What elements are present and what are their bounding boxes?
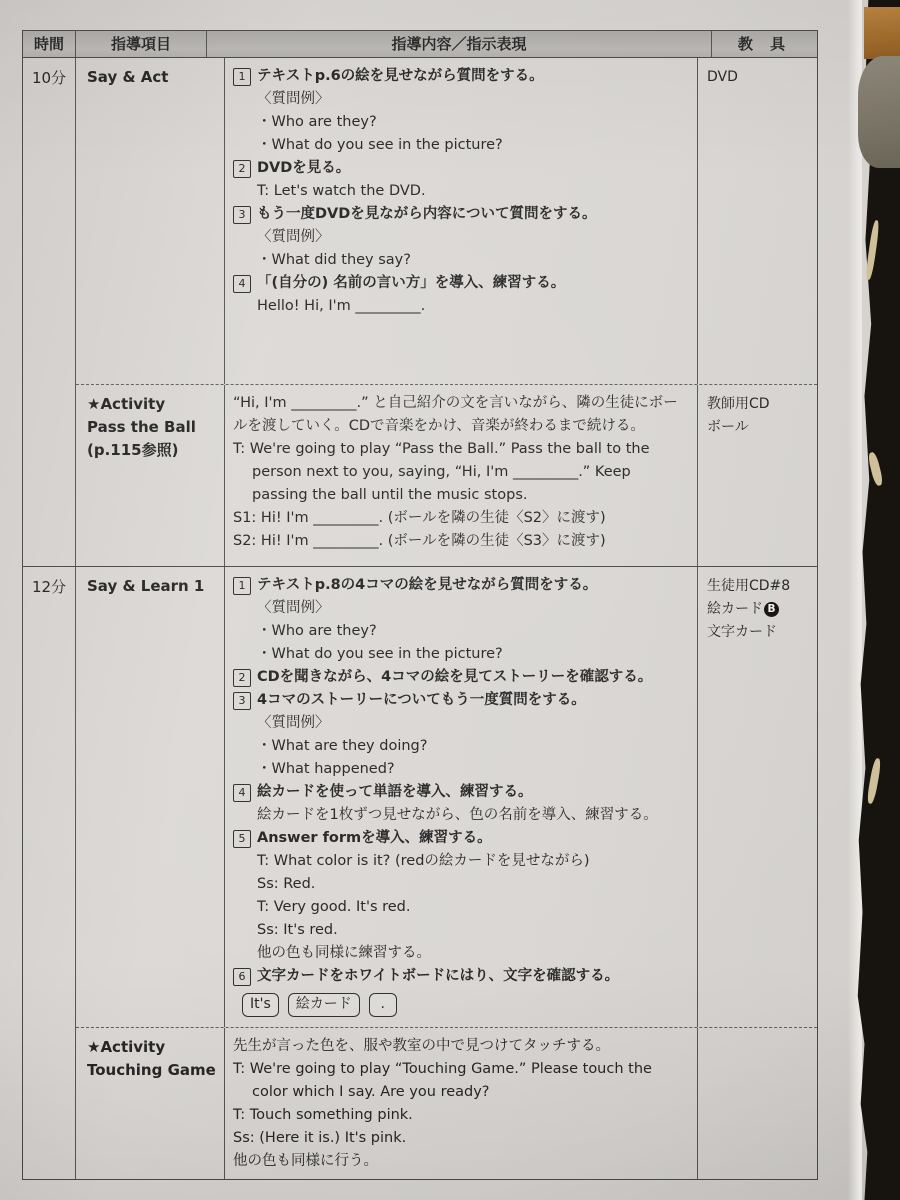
content-line: T: We're going to play “Pass the Ball.” … [233, 438, 687, 507]
content-line: 〈質問例〉 [233, 712, 687, 735]
content-line: ・Who are they? [233, 111, 687, 134]
content-line: ・What are they doing? [233, 735, 687, 758]
tool-item: 生徒用CD#8 [707, 575, 813, 598]
photographed-page: 時間 指導項目 指導内容／指示表現 教 具 10分Say & Act1テキストp… [0, 0, 900, 1200]
header-time: 時間 [23, 31, 75, 57]
content-line: 6文字カードをホワイトボードにはり、文字を確認する。 [233, 965, 687, 988]
step-number-box: 4 [233, 784, 251, 802]
table-row: 10分Say & Act1テキストp.6の絵を見せながら質問をする。〈質問例〉・… [23, 58, 817, 566]
word-card: 絵カード [288, 993, 360, 1017]
content-line: 他の色も同様に練習する。 [233, 942, 687, 965]
teaching-tools-cell: 生徒用CD#8絵カードB文字カード [698, 567, 817, 1027]
tool-item: 絵カードB [707, 598, 813, 621]
row-section: ★ActivityTouching Game先生が言った色を、服や教室の中で見つ… [76, 1027, 817, 1179]
teaching-item-label: ★Activity [87, 393, 218, 416]
content-line: Ss: (Here it is.) It's pink. [233, 1127, 687, 1150]
content-line: T: Touch something pink. [233, 1104, 687, 1127]
content-line: 他の色も同様に行う。 [233, 1150, 687, 1173]
teaching-item-label: Say & Act [87, 66, 218, 89]
step-text: DVDを見る。 [257, 157, 350, 180]
teaching-item-cell: Say & Act [76, 58, 224, 384]
step-number-box: 1 [233, 68, 251, 86]
circled-b-badge: B [764, 602, 779, 617]
teaching-item-label: ★Activity [87, 1036, 218, 1059]
row-section: Say & Learn 11テキストp.8の4コマの絵を見せながら質問をする。〈… [76, 567, 817, 1027]
step-number-box: 6 [233, 968, 251, 986]
teaching-content-cell: 1テキストp.6の絵を見せながら質問をする。〈質問例〉・Who are they… [224, 58, 698, 384]
content-line: 5Answer formを導入、練習する。 [233, 827, 687, 850]
teaching-item-cell: Say & Learn 1 [76, 567, 224, 1027]
content-line: Ss: Red. [233, 873, 687, 896]
step-text: テキストp.6の絵を見せながら質問をする。 [257, 65, 544, 88]
content-line: 1テキストp.8の4コマの絵を見せながら質問をする。 [233, 574, 687, 597]
content-line: S2: Hi! I'm _________. (ボールを隣の生徒〈S3〉に渡す) [233, 530, 687, 553]
content-line: T: Very good. It's red. [233, 896, 687, 919]
gray-object-fragment [858, 56, 900, 168]
step-number-box: 2 [233, 160, 251, 178]
step-text: Answer formを導入、練習する。 [257, 827, 492, 850]
row-body: Say & Act1テキストp.6の絵を見せながら質問をする。〈質問例〉・Who… [75, 58, 817, 566]
content-line: 〈質問例〉 [233, 226, 687, 249]
content-line: 4「(自分の) 名前の言い方」を導入、練習する。 [233, 272, 687, 295]
content-line: ・What happened? [233, 758, 687, 781]
word-card: It's [242, 993, 279, 1017]
step-text: 「(自分の) 名前の言い方」を導入、練習する。 [257, 272, 565, 295]
step-text: もう一度DVDを見ながら内容について質問をする。 [257, 203, 597, 226]
step-text: テキストp.8の4コマの絵を見せながら質問をする。 [257, 574, 597, 597]
row-section: Say & Act1テキストp.6の絵を見せながら質問をする。〈質問例〉・Who… [76, 58, 817, 384]
teaching-content-cell: 先生が言った色を、服や教室の中で見つけてタッチする。T: We're going… [224, 1028, 698, 1179]
content-line: 〈質問例〉 [233, 597, 687, 620]
content-line: 絵カードを1枚ずつ見せながら、色の名前を導入、練習する。 [233, 804, 687, 827]
content-line: 先生が言った色を、服や教室の中で見つけてタッチする。 [233, 1035, 687, 1058]
wood-surface-fragment [864, 7, 900, 59]
step-number-box: 5 [233, 830, 251, 848]
step-number-box: 4 [233, 275, 251, 293]
time-cell: 12分 [23, 567, 75, 1179]
step-number-box: 3 [233, 206, 251, 224]
header-tools: 教 具 [711, 31, 817, 57]
teaching-tools-cell [698, 1028, 817, 1179]
step-number-box: 3 [233, 692, 251, 710]
content-line: 1テキストp.6の絵を見せながら質問をする。 [233, 65, 687, 88]
content-line: T: We're going to play “Touching Game.” … [233, 1058, 687, 1104]
content-line: 34コマのストーリーについてもう一度質問をする。 [233, 689, 687, 712]
tool-item: DVD [707, 66, 813, 89]
content-line: Ss: It's red. [233, 919, 687, 942]
table-row: 12分Say & Learn 11テキストp.8の4コマの絵を見せながら質問をす… [23, 566, 817, 1179]
content-line: ・Who are they? [233, 620, 687, 643]
word-card: . [369, 993, 397, 1017]
teaching-item-label: Pass the Ball [87, 416, 218, 439]
content-line: ・What do you see in the picture? [233, 643, 687, 666]
header-item: 指導項目 [75, 31, 206, 57]
content-line: ・What did they say? [233, 249, 687, 272]
teaching-content-cell: “Hi, I'm _________.” と自己紹介の文を言いながら、隣の生徒に… [224, 385, 698, 566]
content-line: 〈質問例〉 [233, 88, 687, 111]
table-rows: 10分Say & Act1テキストp.6の絵を見せながら質問をする。〈質問例〉・… [23, 58, 817, 1179]
teaching-item-label: (p.115参照) [87, 439, 218, 462]
row-body: Say & Learn 11テキストp.8の4コマの絵を見せながら質問をする。〈… [75, 567, 817, 1179]
content-line: T: Let's watch the DVD. [233, 180, 687, 203]
tool-item: 文字カード [707, 621, 813, 644]
tool-item: ボール [707, 416, 813, 439]
table-header-row: 時間 指導項目 指導内容／指示表現 教 具 [23, 31, 817, 58]
time-cell: 10分 [23, 58, 75, 566]
lesson-plan-table: 時間 指導項目 指導内容／指示表現 教 具 10分Say & Act1テキストp… [22, 30, 818, 1180]
teaching-tools-cell: DVD [698, 58, 817, 384]
teaching-item-label: Touching Game [87, 1059, 218, 1082]
teaching-tools-cell: 教師用CDボール [698, 385, 817, 566]
teaching-content-cell: 1テキストp.8の4コマの絵を見せながら質問をする。〈質問例〉・Who are … [224, 567, 698, 1027]
content-line: 2CDを聞きながら、4コマの絵を見てストーリーを確認する。 [233, 666, 687, 689]
tool-item: 教師用CD [707, 393, 813, 416]
step-text: 文字カードをホワイトボードにはり、文字を確認する。 [257, 965, 619, 988]
teaching-item-label: Say & Learn 1 [87, 575, 218, 598]
header-content: 指導内容／指示表現 [206, 31, 711, 57]
content-line: ・What do you see in the picture? [233, 134, 687, 157]
step-number-box: 1 [233, 577, 251, 595]
teaching-item-cell: ★ActivityPass the Ball(p.115参照) [76, 385, 224, 566]
content-line: Hello! Hi, I'm _________. [233, 295, 687, 318]
row-section: ★ActivityPass the Ball(p.115参照)“Hi, I'm … [76, 384, 817, 566]
content-line: “Hi, I'm _________.” と自己紹介の文を言いながら、隣の生徒に… [233, 392, 687, 438]
content-line: T: What color is it? (redの絵カードを見せながら) [233, 850, 687, 873]
teaching-item-cell: ★ActivityTouching Game [76, 1028, 224, 1179]
torn-paper-edge [848, 0, 862, 1200]
content-line: 3もう一度DVDを見ながら内容について質問をする。 [233, 203, 687, 226]
step-text: CDを聞きながら、4コマの絵を見てストーリーを確認する。 [257, 666, 652, 689]
step-text: 4コマのストーリーについてもう一度質問をする。 [257, 689, 586, 712]
content-line: 4絵カードを使って単語を導入、練習する。 [233, 781, 687, 804]
word-card-line: It's絵カード. [233, 988, 687, 1017]
content-line: 2DVDを見る。 [233, 157, 687, 180]
step-text: 絵カードを使って単語を導入、練習する。 [257, 781, 533, 804]
content-line: S1: Hi! I'm _________. (ボールを隣の生徒〈S2〉に渡す) [233, 507, 687, 530]
step-number-box: 2 [233, 669, 251, 687]
